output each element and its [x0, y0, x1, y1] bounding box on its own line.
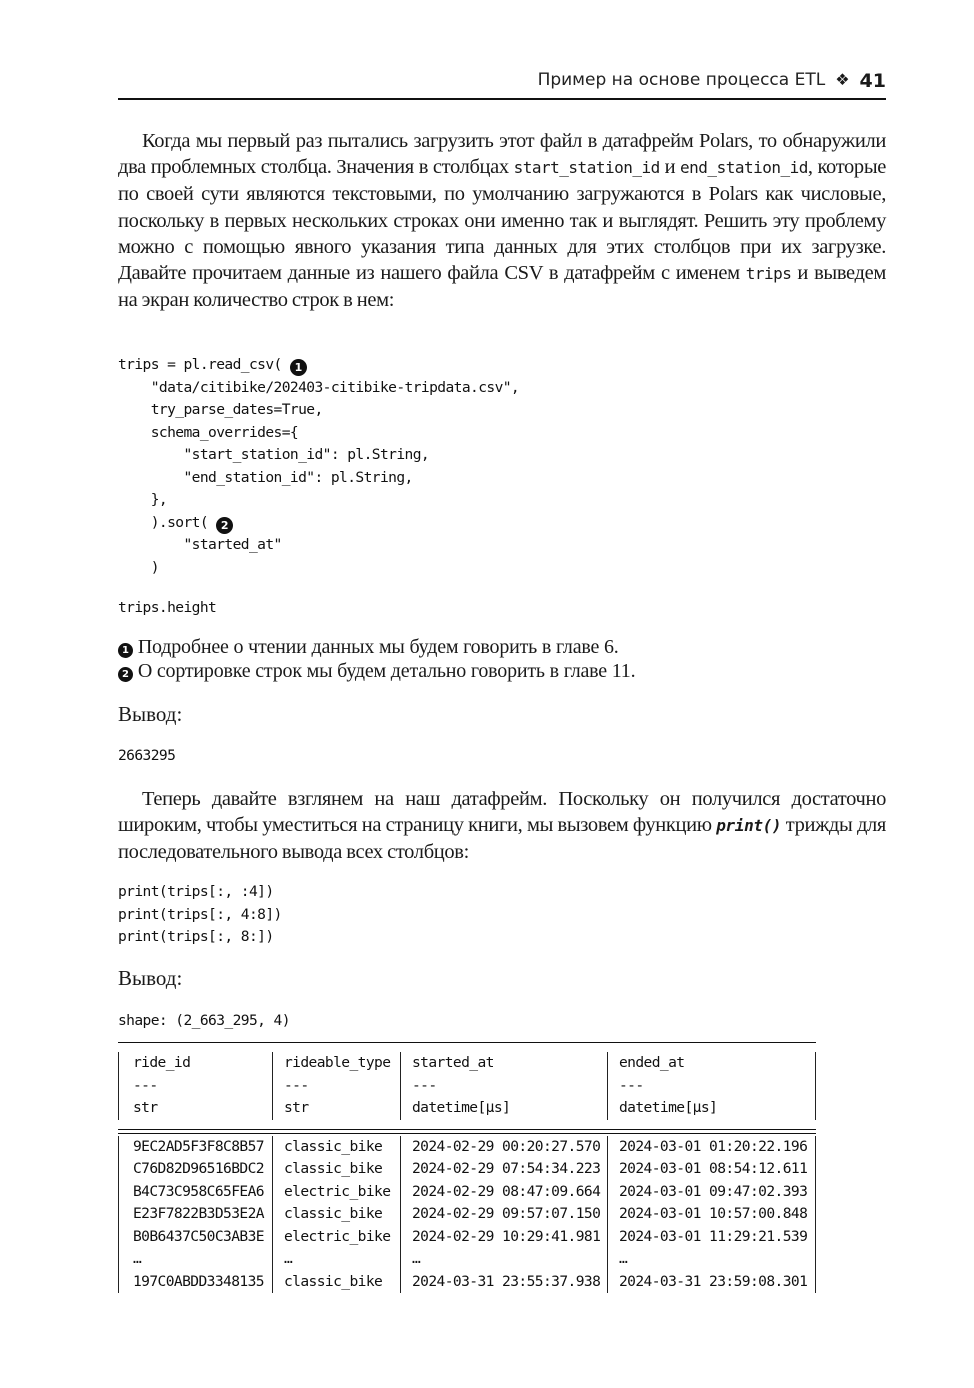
header-separator: ---	[607, 1075, 816, 1098]
header-separator: ---	[272, 1075, 400, 1098]
code-line: "started_at"	[118, 534, 519, 557]
table-cell: 2024-03-01 09:47:02.393	[607, 1181, 816, 1204]
ornament-icon: ❖	[835, 70, 849, 89]
table-cell: 9EC2AD5F3F8C8B57	[118, 1136, 272, 1159]
column-header: started_at	[400, 1052, 607, 1075]
page-number: 41	[860, 70, 886, 92]
table-cell: B4C73C958C65FEA6	[118, 1181, 272, 1204]
inline-code-print: print()	[716, 816, 781, 835]
column-header: ended_at	[607, 1052, 816, 1075]
code-block-read-csv: trips = pl.read_csv( 1 "data/citibike/20…	[118, 354, 519, 620]
output-label: Вывод:	[118, 966, 182, 991]
column-dtype: str	[118, 1097, 272, 1120]
table-cell: …	[272, 1248, 400, 1271]
column-dtype: datetime[μs]	[400, 1097, 607, 1120]
table-cell: classic_bike	[272, 1203, 400, 1226]
table-cell: 2024-02-29 08:47:09.664	[400, 1181, 607, 1204]
table-cell: C76D82D96516BDC2	[118, 1158, 272, 1181]
table-cell: 2024-02-29 07:54:34.223	[400, 1158, 607, 1181]
table-cell: …	[118, 1248, 272, 1271]
table-header: ride_id rideable_type started_at ended_a…	[118, 1042, 816, 1130]
inline-code-end-station-id: end_station_id	[680, 158, 808, 177]
table-cell: classic_bike	[272, 1158, 400, 1181]
header-names-row: ride_id rideable_type started_at ended_a…	[118, 1052, 816, 1075]
callout-marker-2: 2	[216, 517, 233, 534]
dataframe-table: ride_id rideable_type started_at ended_a…	[118, 1042, 816, 1293]
code-line: ).sort( 2	[118, 512, 519, 535]
table-cell: 2024-02-29 10:29:41.981	[400, 1226, 607, 1249]
header-separator: ---	[118, 1075, 272, 1098]
code-line: print(trips[:, 8:])	[118, 926, 282, 949]
column-dtype: datetime[μs]	[607, 1097, 816, 1120]
code-line: trips = pl.read_csv( 1	[118, 354, 519, 377]
table-cell: 2024-03-31 23:59:08.301	[607, 1271, 816, 1294]
code-line: "start_station_id": pl.String,	[118, 444, 519, 467]
output-label: Вывод:	[118, 702, 182, 727]
code-line: )	[118, 557, 519, 580]
header-dtype-row: str str datetime[μs] datetime[μs]	[118, 1097, 816, 1120]
code-line: print(trips[:, :4])	[118, 881, 282, 904]
callout-marker-icon: 2	[118, 667, 133, 682]
paragraph-intro: Когда мы первый раз пытались загрузить э…	[118, 128, 886, 313]
table-cell: …	[400, 1248, 607, 1271]
table-cell: 2024-02-29 09:57:07.150	[400, 1203, 607, 1226]
table-row: 197C0ABDD3348135classic_bike2024-03-31 2…	[118, 1271, 816, 1294]
column-header: ride_id	[118, 1052, 272, 1075]
code-line: try_parse_dates=True,	[118, 399, 519, 422]
table-cell: B0B6437C50C3AB3E	[118, 1226, 272, 1249]
output-height-value: 2663295	[118, 745, 175, 768]
inline-code-start-station-id: start_station_id	[514, 158, 660, 177]
table-cell: classic_bike	[272, 1271, 400, 1294]
table-cell: electric_bike	[272, 1181, 400, 1204]
table-row: …………	[118, 1248, 816, 1271]
table-cell: 2024-03-01 01:20:22.196	[607, 1136, 816, 1159]
code-line: "end_station_id": pl.String,	[118, 467, 519, 490]
table-cell: 2024-03-01 08:54:12.611	[607, 1158, 816, 1181]
code-line	[118, 579, 519, 597]
table-body: 9EC2AD5F3F8C8B57classic_bike2024-02-29 0…	[118, 1134, 816, 1294]
table-row: 9EC2AD5F3F8C8B57classic_bike2024-02-29 0…	[118, 1136, 816, 1159]
table-cell: 2024-02-29 00:20:27.570	[400, 1136, 607, 1159]
code-line: trips.height	[118, 597, 519, 620]
callout-marker-icon: 1	[118, 643, 133, 658]
table-row: B4C73C958C65FEA6electric_bike2024-02-29 …	[118, 1181, 816, 1204]
table-cell: 197C0ABDD3348135	[118, 1271, 272, 1294]
table-row: E23F7822B3D53E2Aclassic_bike2024-02-29 0…	[118, 1203, 816, 1226]
running-header: Пример на основе процесса ETL ❖ 41	[118, 70, 886, 100]
header-sep-row: --- --- --- ---	[118, 1075, 816, 1098]
table-cell: electric_bike	[272, 1226, 400, 1249]
shape-line: shape: (2_663_295, 4)	[118, 1010, 290, 1033]
table-row: B0B6437C50C3AB3Eelectric_bike2024-02-29 …	[118, 1226, 816, 1249]
running-title: Пример на основе процесса ETL	[538, 70, 826, 90]
column-dtype: str	[272, 1097, 400, 1120]
table-cell: 2024-03-31 23:55:37.938	[400, 1271, 607, 1294]
table-cell: …	[607, 1248, 816, 1271]
table-row: C76D82D96516BDC2classic_bike2024-02-29 0…	[118, 1158, 816, 1181]
paragraph-print-intro: Теперь давайте взглянем на наш датафрейм…	[118, 786, 886, 866]
callout-notes: 1 Подробнее о чтении данных мы будем гов…	[118, 636, 635, 683]
code-line: },	[118, 489, 519, 512]
callout-marker-1: 1	[290, 359, 307, 376]
inline-code-trips: trips	[746, 264, 792, 283]
table-cell: E23F7822B3D53E2A	[118, 1203, 272, 1226]
note-2: 2 О сортировке строк мы будем детально г…	[118, 660, 635, 684]
code-line: "data/citibike/202403-citibike-tripdata.…	[118, 377, 519, 400]
header-separator: ---	[400, 1075, 607, 1098]
table-cell: 2024-03-01 11:29:21.539	[607, 1226, 816, 1249]
note-1: 1 Подробнее о чтении данных мы будем гов…	[118, 636, 635, 660]
code-line: schema_overrides={	[118, 422, 519, 445]
code-line: print(trips[:, 4:8])	[118, 904, 282, 927]
table-cell: classic_bike	[272, 1136, 400, 1159]
table-cell: 2024-03-01 10:57:00.848	[607, 1203, 816, 1226]
text: и	[660, 156, 680, 178]
column-header: rideable_type	[272, 1052, 400, 1075]
code-block-print: print(trips[:, :4])print(trips[:, 4:8])p…	[118, 881, 282, 949]
